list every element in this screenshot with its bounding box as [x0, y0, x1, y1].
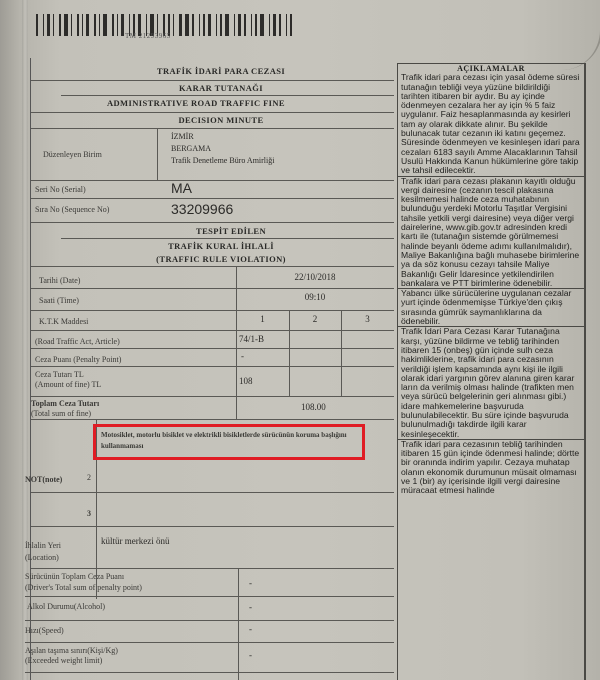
speed-label: Hızı(Speed) [25, 626, 64, 635]
note-row-2-num: 2 [87, 473, 91, 482]
violation-heading-3: (TRAFFIC RULE VIOLATION) [121, 254, 321, 264]
issuer-city: İZMİR [171, 132, 194, 141]
article-col-2: 2 [289, 314, 341, 324]
explanation-paragraph-2: Trafik idari para cezası plakanın kayıtl… [398, 177, 584, 290]
article-label-en: (Road Traffic Act, Article) [35, 337, 120, 346]
amount-label: Ceza Tutarı TL [35, 370, 84, 379]
sequence-label: Sıra No (Sequence No) [35, 205, 109, 214]
amount-label-en: (Amount of fine) TL [35, 380, 101, 389]
article-label: K.T.K Maddesi [39, 317, 88, 326]
driver-points-label: Sürücünün Toplam Ceza Puanı [25, 572, 124, 581]
sequence-value: 33209966 [171, 201, 233, 217]
driver-points-value: - [249, 578, 252, 588]
explanation-paragraph-3: Yabancı ülke sürücülerine uygulanan ceza… [398, 289, 584, 327]
explanation-paragraph-1: Trafik idari para cezası için yasal ödem… [398, 73, 584, 176]
total-label-en: (Total sum of fine) [31, 409, 91, 418]
note-label: NOT(note) [25, 475, 62, 484]
penalty-point-label: Ceza Puanı (Penalty Point) [35, 355, 121, 364]
highlighted-violation-note: Motosiklet, motorlu bisiklet ve elektrik… [93, 424, 365, 460]
issuer-district: BERGAMA [171, 144, 211, 153]
issuer-label: Düzenleyen Birim [43, 150, 102, 159]
penalty-point-value: - [241, 351, 244, 361]
time-label: Saati (Time) [39, 296, 79, 305]
violation-heading-2: TRAFİK KURAL İHLALİ [121, 241, 321, 251]
speed-value: - [249, 624, 252, 634]
time-value: 09:10 [236, 292, 394, 302]
form-title-en: ADMINISTRATIVE ROAD TRAFFIC FINE [61, 98, 331, 108]
form-subtitle-en: DECISION MINUTE [91, 115, 351, 125]
weight-label-en: (Exceeded weight limit) [25, 656, 102, 665]
issuer-unit: Trafik Denetleme Büro Amirliği [171, 156, 274, 165]
form-subtitle-tr: KARAR TUTANAĞI [91, 83, 351, 93]
violation-heading-1: TESPİT EDİLEN [131, 226, 331, 236]
weight-label: Aşılan taşıma sınırı(Kişi/Kg) [25, 646, 118, 655]
driver-points-label-en: (Driver's Total sum of penalty point) [25, 583, 142, 592]
serial-label: Seri No (Serial) [35, 185, 86, 194]
article-value-1: 74/1-B [239, 334, 264, 344]
location-label: İhlalin Yeri [25, 541, 61, 550]
total-value: 108.00 [301, 402, 326, 412]
alcohol-value: - [249, 602, 252, 612]
date-label: Tarihi (Date) [39, 276, 80, 285]
explanation-paragraph-4: Trafik İdari Para Cezası Karar Tutanağın… [398, 327, 584, 440]
article-col-3: 3 [341, 314, 394, 324]
article-col-1: 1 [236, 314, 289, 324]
serial-value: MA [171, 180, 192, 196]
location-value: kültür merkezi önü [101, 536, 169, 546]
explanations-panel: AÇIKLAMALAR Trafik idari para cezası içi… [397, 63, 586, 680]
total-label: Toplam Ceza Tutarı [31, 399, 99, 408]
location-label-en: (Location) [25, 553, 59, 562]
form-title-tr: TRAFİK İDARİ PARA CEZASI [91, 66, 351, 76]
date-value: 22/10/2018 [236, 272, 394, 282]
barcode-number: TM 21293965 [125, 32, 171, 40]
explanation-paragraph-5: Trafik idari para cezasının tebliğ tarih… [398, 440, 584, 496]
note-row-3-num: 3 [87, 509, 91, 518]
fine-form: TRAFİK İDARİ PARA CEZASI KARAR TUTANAĞI … [30, 58, 394, 680]
alcohol-label: Alkol Durumu(Alcohol) [27, 602, 105, 611]
amount-value-1: 108 [239, 376, 253, 386]
weight-value: - [249, 650, 252, 660]
